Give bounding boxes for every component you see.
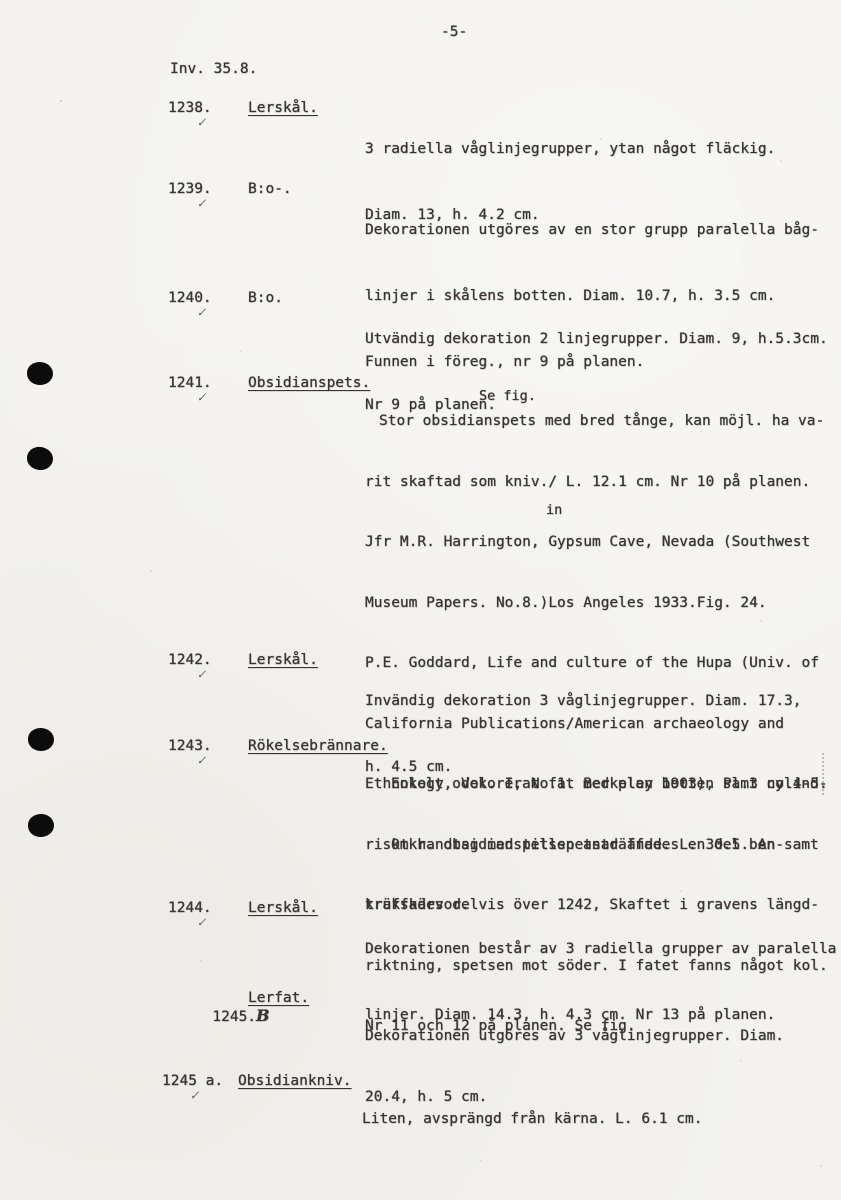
entry-number: 1240. <box>168 290 212 306</box>
entry-number: 1241. <box>168 375 212 391</box>
checkmark-annotation: ✓ <box>197 115 207 130</box>
entry-type-label: Lerskål. <box>248 652 318 668</box>
paper-speck-texture <box>60 100 62 102</box>
checkmark-annotation: ✓ <box>197 390 207 405</box>
entry-number: 1243. <box>168 738 212 754</box>
entry-number-text: 1245. <box>212 1009 256 1025</box>
checkmark-annotation: ✓ <box>197 667 207 682</box>
entry-number: 1238. <box>168 100 212 116</box>
entry-type-label: B:o. <box>248 290 283 306</box>
document-page: -5- Inv. 35.8. 1238. ✓ Lerskål. 3 radiel… <box>0 0 841 1200</box>
page-number: -5- <box>441 24 467 40</box>
entry-type-label: Lerfat. <box>248 990 309 1006</box>
checkmark-annotation: ✓ <box>190 1088 200 1103</box>
entry-text-line: Museum Papers. No.8.)Los Angeles 1933.Fi… <box>365 589 828 618</box>
entry-text-line: Dekorationen utgöres av 3 våglinjegruppe… <box>365 1022 784 1051</box>
punch-hole <box>27 362 53 385</box>
checkmark-annotation: ✓ <box>197 753 207 768</box>
punch-hole <box>27 813 55 838</box>
entry-type-label: Obsidianspets. <box>248 375 370 391</box>
checkmark-annotation: ✓ <box>197 915 207 930</box>
handwritten-suffix: B <box>256 1006 270 1025</box>
entry-type-label: Lerskål. <box>248 100 318 116</box>
entry-text-line: Stor obsidianspets med bred tånge, kan m… <box>365 407 828 436</box>
entry-text-line: Dekorationen består av 3 radiella gruppe… <box>365 932 836 966</box>
entry-text-line: Jfr M.R. Harrington, Gypsum Cave, Nevada… <box>365 528 828 557</box>
entry-number: 1245 a. <box>162 1073 223 1089</box>
entry-number: 1242. <box>168 652 212 668</box>
checkmark-annotation: ✓ <box>197 196 207 211</box>
punch-hole <box>26 446 54 472</box>
entry-type-label: Obsidiankniv. <box>238 1073 352 1089</box>
entry-number: 1239. <box>168 181 212 197</box>
inventory-header: Inv. 35.8. <box>170 61 257 77</box>
entry-text-line: rit skaftad som kniv./ L. 12.1 cm. Nr 10… <box>365 468 828 497</box>
entry-text-line: riskt handtag med tillspetsad ände. L. 3… <box>365 831 828 860</box>
entry-number: 1244. <box>168 900 212 916</box>
entry-type-label: B:o-. <box>248 181 292 197</box>
entry-text-line: 3 radiella våglinjegrupper, ytan något f… <box>365 132 775 166</box>
entry-text-line: Invändig dekoration 3 våglinjegrupper. D… <box>365 684 802 718</box>
entry-text-line: Enkelt odekorerat fat med plan botten sa… <box>365 770 828 799</box>
entry-text-line: Liten, avsprängd från kärna. L. 6.1 cm. <box>362 1105 702 1134</box>
entry-type-label: Lerskål. <box>248 900 318 916</box>
punch-hole <box>28 728 54 751</box>
entry-text-line: Utvändig dekoration 2 linjegrupper. Diam… <box>365 322 828 356</box>
entry-text-line: Dekorationen utgöres av en stor grupp pa… <box>365 213 819 247</box>
checkmark-annotation: ✓ <box>197 305 207 320</box>
